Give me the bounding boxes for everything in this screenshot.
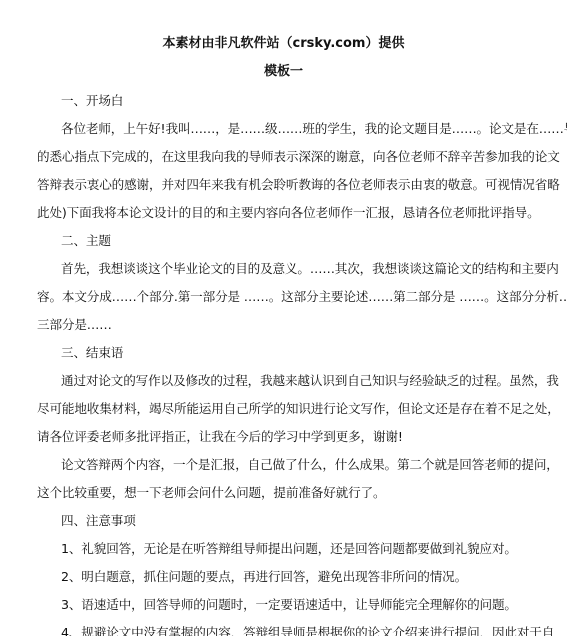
paragraph-line: 此处)下面我将本论文设计的目的和主要内容向各位老师作一汇报，恳请各位老师批评指导…	[37, 205, 537, 221]
paragraph-line: 请各位评委老师多批评指正，让我在今后的学习中学到更多，谢谢!	[37, 429, 537, 445]
paragraph-line: 各位老师，上午好!我叫……，是……级……班的学生，我的论文题目是……。论文是在……	[61, 121, 536, 137]
paragraph-line: 这个比较重要，想一下老师会问什么问题，提前准备好就行了。	[37, 485, 537, 501]
paragraph-line: 容。本文分成……个部分.第一部分是 ……。这部分主要论述……第二部分是 ……。这…	[37, 289, 537, 305]
document-subtitle: 模板一	[0, 64, 567, 80]
section-heading: 三、结束语	[61, 345, 561, 361]
paragraph-line: 论文答辩两个内容，一个是汇报，自己做了什么，什么成果。第二个就是回答老师的提问，	[61, 457, 536, 473]
list-item: 2、明白题意，抓住问题的要点，再进行回答，避免出现答非所问的情况。	[61, 569, 561, 585]
section-heading: 四、注意事项	[61, 513, 561, 529]
paragraph-line: 三部分是……	[37, 317, 537, 333]
list-item: 1、礼貌回答，无论是在听答辩组导师提出问题，还是回答问题都要做到礼貌应对。	[61, 541, 561, 557]
paragraph-line: 的悉心指点下完成的，在这里我向我的导师表示深深的谢意，向各位老师不辞辛苦参加我的…	[37, 149, 537, 165]
document-title: 本素材由非凡软件站（crsky.com）提供	[0, 36, 567, 52]
section-heading: 二、主题	[61, 233, 561, 249]
paragraph-line: 答辩表示衷心的感谢，并对四年来我有机会聆听教诲的各位老师表示由衷的敬意。可视情况…	[37, 177, 537, 193]
document-page: 本素材由非凡软件站（crsky.com）提供 模板一 一、开场白 各位老师，上午…	[0, 0, 567, 636]
list-item: 4、规避论文中没有掌握的内容，答辩组导师是根据你的论文介绍来进行提问，因此对于自	[61, 625, 536, 636]
section-heading: 一、开场白	[61, 93, 561, 109]
paragraph-line: 尽可能地收集材料，竭尽所能运用自己所学的知识进行论文写作，但论文还是存在着不足之…	[37, 401, 537, 417]
paragraph-line: 通过对论文的写作以及修改的过程，我越来越认识到自己知识与经验缺乏的过程。虽然，我	[61, 373, 536, 389]
paragraph-line: 首先，我想谈谈这个毕业论文的目的及意义。……其次，我想谈谈这篇论文的结构和主要内	[61, 261, 536, 277]
list-item: 3、语速适中，回答导师的问题时，一定要语速适中，让导师能完全理解你的问题。	[61, 597, 561, 613]
